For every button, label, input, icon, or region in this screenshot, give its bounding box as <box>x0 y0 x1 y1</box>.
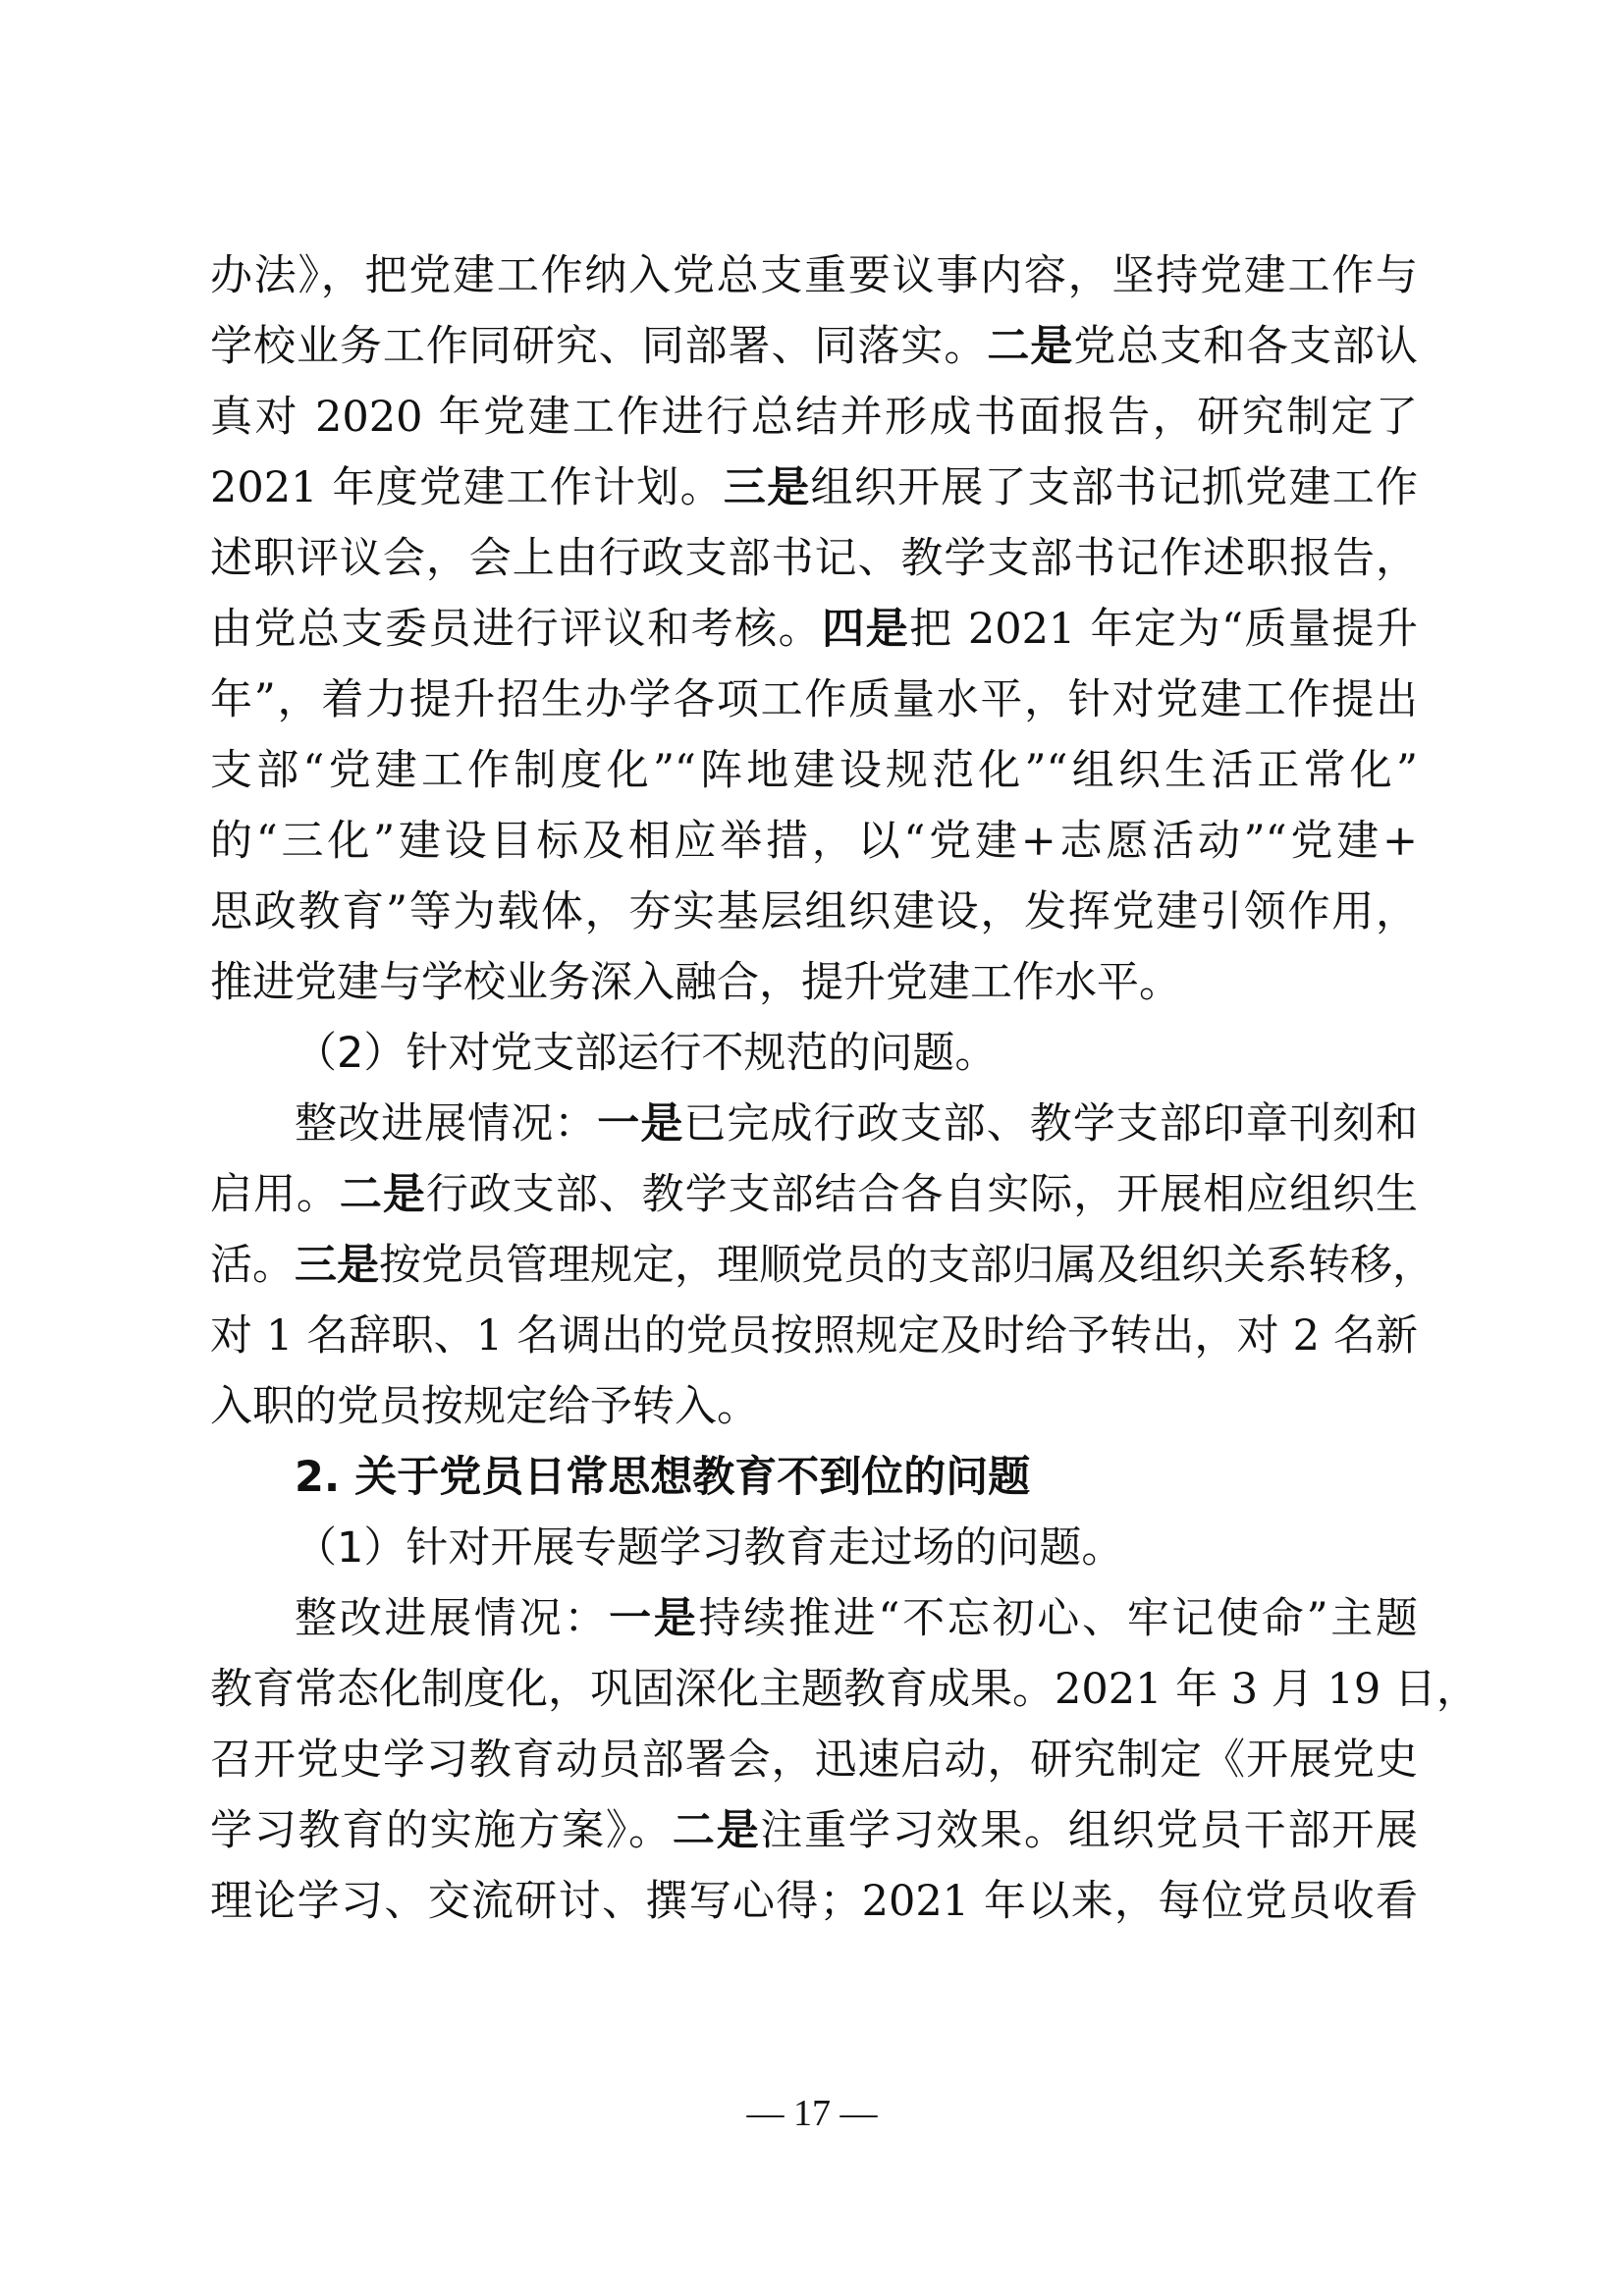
body-line: 真对 2020 年党建工作进行总结并形成书面报告，研究制定了 <box>210 382 1418 453</box>
body-text: 推进党建与学校业务深入融合，提升党建工作水平。 <box>210 958 1181 1007</box>
body-text: 入职的党员按规定给予转入。 <box>210 1382 759 1431</box>
body-line: 入职的党员按规定给予转入。 <box>210 1371 1418 1442</box>
subheading-text: （2）针对党支部运行不规范的问题。 <box>295 1029 997 1078</box>
body-line: 思政教育”等为载体，夯实基层组织建设，发挥党建引领作用， <box>210 877 1418 947</box>
page-number: — 17 — <box>0 2089 1624 2138</box>
body-line: 支部“党建工作制度化”“阵地建设规范化”“组织生活正常化” <box>210 735 1418 806</box>
body-text: 整改进展情况： <box>295 1594 609 1643</box>
body-line: 由党总支委员进行评议和考核。四是把 2021 年定为“质量提升 <box>210 594 1418 665</box>
body-text: 述职评议会，会上由行政支部书记、教学支部书记作述职报告， <box>210 534 1418 583</box>
body-text: 启用。 <box>210 1170 340 1219</box>
body-line: 的“三化”建设目标及相应举措，以“党建+志愿活动”“党建+ <box>210 806 1418 877</box>
body-line: 整改进展情况：一是持续推进“不忘初心、牢记使命”主题 <box>210 1583 1418 1654</box>
body-line: 活。三是按党员管理规定，理顺党员的支部归属及组织关系转移， <box>210 1230 1418 1301</box>
body-text: 党总支和各支部认 <box>1073 322 1418 371</box>
document-body: 办法》，把党建工作纳入党总支重要议事内容，坚持党建工作与 学校业务工作同研究、同… <box>210 240 1418 1937</box>
subheading: （1）针对开展专题学习教育走过场的问题。 <box>210 1513 1418 1583</box>
body-text: 理论学习、交流研讨、撰写心得；2021 年以来，每位党员收看 <box>210 1877 1418 1926</box>
body-line: 推进党建与学校业务深入融合，提升党建工作水平。 <box>210 947 1418 1018</box>
body-text: 的“三化”建设目标及相应举措，以“党建+志愿活动”“党建+ <box>210 817 1418 866</box>
subheading-text: （1）针对开展专题学习教育走过场的问题。 <box>295 1523 1123 1573</box>
bold-ordinal: 三是 <box>295 1241 379 1290</box>
body-text: 教育常态化制度化，巩固深化主题教育成果。2021 年 3 月 19 日， <box>210 1665 1479 1714</box>
body-text: 支部“党建工作制度化”“阵地建设规范化”“组织生活正常化” <box>210 746 1418 795</box>
body-text: 学习教育的实施方案》。 <box>210 1806 673 1855</box>
section-heading-text: 2. 关于党员日常思想教育不到位的问题 <box>295 1453 1030 1502</box>
bold-ordinal: 二是 <box>673 1806 761 1855</box>
document-page: 办法》，把党建工作纳入党总支重要议事内容，坚持党建工作与 学校业务工作同研究、同… <box>0 0 1624 2296</box>
body-text: 持续推进“不忘初心、牢记使命”主题 <box>699 1594 1419 1643</box>
body-line: 对 1 名辞职、1 名调出的党员按照规定及时给予转出，对 2 名新 <box>210 1301 1418 1371</box>
body-text: 年”，着力提升招生办学各项工作质量水平，针对党建工作提出 <box>210 675 1418 724</box>
body-line: 整改进展情况：一是已完成行政支部、教学支部印章刊刻和 <box>210 1089 1418 1159</box>
body-text: 活。 <box>210 1241 295 1290</box>
body-text: 思政教育”等为载体，夯实基层组织建设，发挥党建引领作用， <box>210 887 1418 936</box>
body-text: 整改进展情况： <box>295 1099 597 1148</box>
body-text: 注重学习效果。组织党员干部开展 <box>760 1806 1418 1855</box>
body-line: 办法》，把党建工作纳入党总支重要议事内容，坚持党建工作与 <box>210 240 1418 311</box>
bold-ordinal: 三是 <box>724 463 811 512</box>
body-text: 按党员管理规定，理顺党员的支部归属及组织关系转移， <box>379 1241 1435 1290</box>
bold-ordinal: 二是 <box>340 1170 426 1219</box>
body-text: 已完成行政支部、教学支部印章刊刻和 <box>683 1099 1418 1148</box>
body-line: 理论学习、交流研讨、撰写心得；2021 年以来，每位党员收看 <box>210 1866 1418 1937</box>
body-line: 学校业务工作同研究、同部署、同落实。二是党总支和各支部认 <box>210 311 1418 382</box>
body-text: 办法》，把党建工作纳入党总支重要议事内容，坚持党建工作与 <box>210 251 1418 300</box>
body-text: 2021 年度党建工作计划。 <box>210 463 724 512</box>
body-text: 组织开展了支部书记抓党建工作 <box>810 463 1418 512</box>
bold-ordinal: 四是 <box>822 605 909 654</box>
body-line: 年”，着力提升招生办学各项工作质量水平，针对党建工作提出 <box>210 665 1418 735</box>
bold-ordinal: 二是 <box>987 322 1073 371</box>
body-text: 真对 2020 年党建工作进行总结并形成书面报告，研究制定了 <box>210 393 1418 442</box>
body-line: 2021 年度党建工作计划。三是组织开展了支部书记抓党建工作 <box>210 453 1418 523</box>
bold-ordinal: 一是 <box>597 1099 683 1148</box>
body-line: 学习教育的实施方案》。二是注重学习效果。组织党员干部开展 <box>210 1795 1418 1866</box>
body-line: 教育常态化制度化，巩固深化主题教育成果。2021 年 3 月 19 日， <box>210 1654 1418 1725</box>
body-text: 召开党史学习教育动员部署会，迅速启动，研究制定《开展党史 <box>210 1735 1418 1785</box>
section-heading: 2. 关于党员日常思想教育不到位的问题 <box>210 1442 1418 1513</box>
body-text: 由党总支委员进行评议和考核。 <box>210 605 822 654</box>
body-text: 把 2021 年定为“质量提升 <box>909 605 1418 654</box>
body-line: 启用。二是行政支部、教学支部结合各自实际，开展相应组织生 <box>210 1159 1418 1230</box>
subheading: （2）针对党支部运行不规范的问题。 <box>210 1018 1418 1089</box>
body-text: 行政支部、教学支部结合各自实际，开展相应组织生 <box>426 1170 1418 1219</box>
body-text: 学校业务工作同研究、同部署、同落实。 <box>210 322 987 371</box>
body-line: 述职评议会，会上由行政支部书记、教学支部书记作述职报告， <box>210 523 1418 594</box>
body-line: 召开党史学习教育动员部署会，迅速启动，研究制定《开展党史 <box>210 1725 1418 1795</box>
bold-ordinal: 一是 <box>609 1594 698 1643</box>
body-text: 对 1 名辞职、1 名调出的党员按照规定及时给予转出，对 2 名新 <box>210 1311 1418 1361</box>
